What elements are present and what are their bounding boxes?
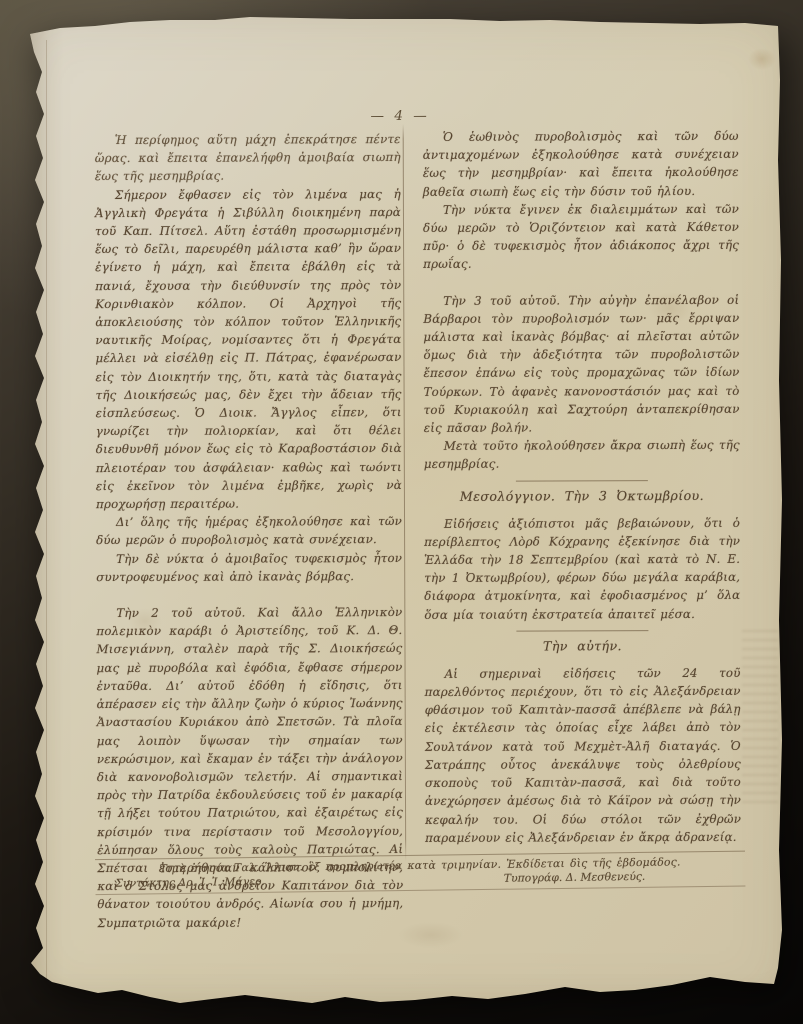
newspaper-sheet: — 4 — Ἡ περίφημος αὕτη μάχη ἐπεκράτησε π… bbox=[0, 0, 803, 1024]
paragraph: Μετὰ τοῦτο ἠκολούθησεν ἄκρα σιωπὴ ἕως τῆ… bbox=[424, 436, 740, 474]
editor-credit: Συντάκτης Δρ. Ἰ. Ἰ. Μάγερ. bbox=[115, 875, 265, 891]
section-heading: Τὴν αὐτήν. bbox=[424, 637, 740, 656]
paragraph: Αἱ σημεριναὶ εἰδήσεις τῶν 24 τοῦ παρελθό… bbox=[425, 664, 742, 847]
page-content: — 4 — Ἡ περίφημος αὕτη μάχη ἐπεκράτησε π… bbox=[0, 0, 803, 1024]
imprint-footer: Τιμὴ ἐτησία Ταλ. Ἱσπαν. ἓξ προπληρωτέα κ… bbox=[95, 851, 745, 896]
paragraph: Τὴν δὲ νύκτα ὁ ἀμοιβαῖος τυφεκισμὸς ἦτον… bbox=[96, 549, 402, 586]
section-divider-rule bbox=[516, 480, 648, 481]
photo-background: — 4 — Ἡ περίφημος αὕτη μάχη ἐπεκράτησε π… bbox=[0, 0, 803, 1024]
paragraph: Σήμερον ἔφθασεν εἰς τὸν λιμένα μας ἡ Ἀγγ… bbox=[95, 185, 402, 514]
paragraph: Εἰδήσεις ἀξιόπιστοι μᾶς βεβαιώνουν, ὅτι … bbox=[424, 513, 740, 623]
paragraph: Ἡ περίφημος αὕτη μάχη ἐπεκράτησε πέντε ὥ… bbox=[95, 130, 401, 186]
paragraph: Τὴν 3 τοῦ αὐτοῦ. Τὴν αὐγὴν ἐπανέλαβον οἱ… bbox=[423, 290, 740, 437]
paragraph: Τὴν νύκτα ἔγινεν ἐκ διαλειμμάτων καὶ τῶν… bbox=[423, 200, 739, 274]
printer-credit: Τυπογράφ. Δ. Μεσθενεύς. bbox=[504, 870, 646, 886]
column-divider-line bbox=[403, 124, 407, 861]
paragraph: Δι’ ὅλης τῆς ἡμέρας ἐξηκολούθησε καὶ τῶν… bbox=[96, 512, 402, 549]
paragraph: Ὁ ἑωθινὸς πυροβολισμὸς καὶ τῶν δύω ἀντιμ… bbox=[423, 127, 739, 201]
section-divider-rule bbox=[516, 630, 648, 631]
right-column: Ὁ ἑωθινὸς πυροβολισμὸς καὶ τῶν δύω ἀντιμ… bbox=[423, 127, 742, 847]
paper-shadow-wrap: — 4 — Ἡ περίφημος αὕτη μάχη ἐπεκράτησε π… bbox=[0, 0, 803, 1024]
left-column: Ἡ περίφημος αὕτη μάχη ἐπεκράτησε πέντε ὥ… bbox=[95, 130, 404, 932]
section-heading: Μεσολόγγιον. Τὴν 3 Ὀκτωμβρίου. bbox=[424, 486, 740, 505]
page-number: — 4 — bbox=[0, 107, 802, 126]
